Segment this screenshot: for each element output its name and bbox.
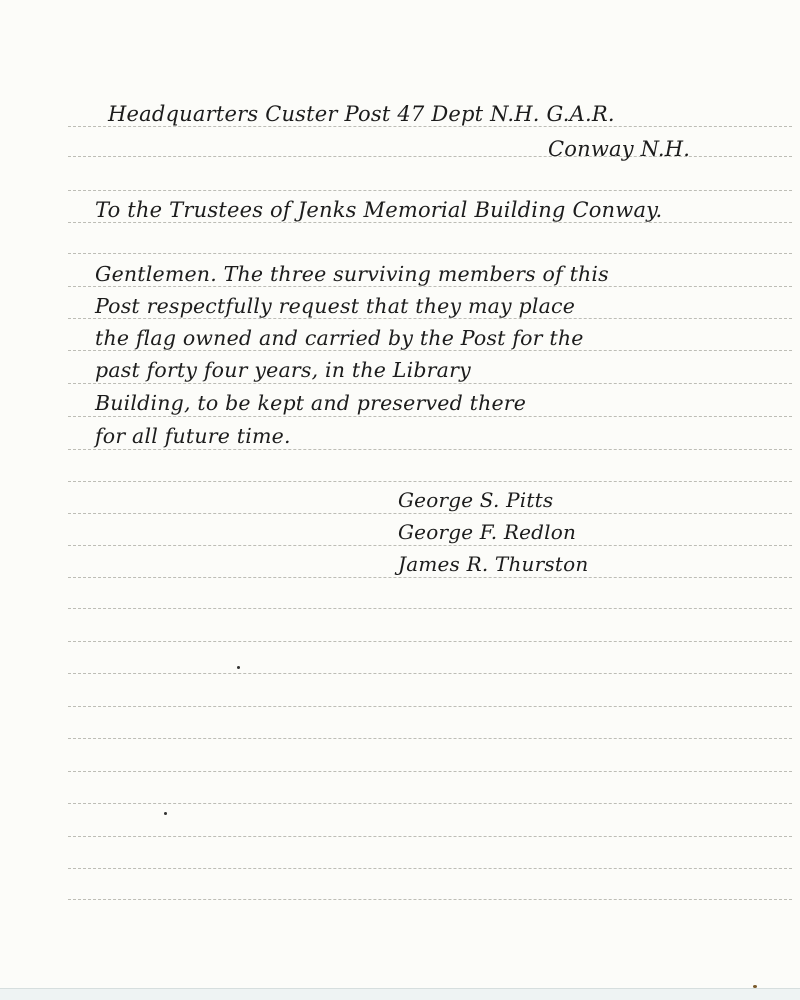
ruled-line — [68, 738, 792, 739]
ruled-line — [68, 577, 792, 578]
ruled-line — [68, 416, 792, 417]
ruled-line — [68, 868, 792, 869]
body-line: Gentlemen. The three surviving members o… — [95, 262, 609, 286]
ruled-line — [68, 706, 792, 707]
ruled-line — [68, 126, 792, 127]
ruled-line — [68, 513, 792, 514]
ruled-line — [68, 190, 792, 191]
ruled-line — [68, 222, 792, 223]
ruled-line — [68, 545, 792, 546]
ruled-line — [68, 383, 792, 384]
ruled-line — [68, 318, 792, 319]
ruled-line — [68, 350, 792, 351]
letterhead-post: Headquarters Custer Post 47 Dept N.H. G.… — [108, 102, 615, 126]
ruled-line — [68, 449, 792, 450]
signature: James R. Thurston — [398, 552, 588, 576]
signature: George F. Redlon — [398, 520, 576, 544]
ruled-line — [68, 481, 792, 482]
signature: George S. Pitts — [398, 488, 553, 512]
body-line: Post respectfully request that they may … — [95, 294, 575, 318]
ink-speck — [164, 812, 167, 815]
ruled-line — [68, 771, 792, 772]
body-line: past forty four years, in the Library — [95, 358, 471, 382]
body-line: Building, to be kept and preserved there — [95, 391, 526, 415]
body-line: the flag owned and carried by the Post f… — [95, 326, 584, 350]
ruled-line — [68, 641, 792, 642]
ink-speck — [237, 666, 240, 669]
ruled-line — [68, 608, 792, 609]
letterhead-location: Conway N.H. — [548, 137, 690, 161]
ruled-line — [68, 899, 792, 900]
ruled-line — [68, 836, 792, 837]
body-line: for all future time. — [95, 424, 291, 448]
ruled-line — [68, 286, 792, 287]
ruled-line — [68, 673, 792, 674]
ruled-line — [68, 253, 792, 254]
addressee-line: To the Trustees of Jenks Memorial Buildi… — [95, 198, 662, 222]
letter-page: Headquarters Custer Post 47 Dept N.H. G.… — [0, 0, 800, 1000]
page-bottom-edge — [0, 988, 800, 1000]
ruled-line — [68, 803, 792, 804]
